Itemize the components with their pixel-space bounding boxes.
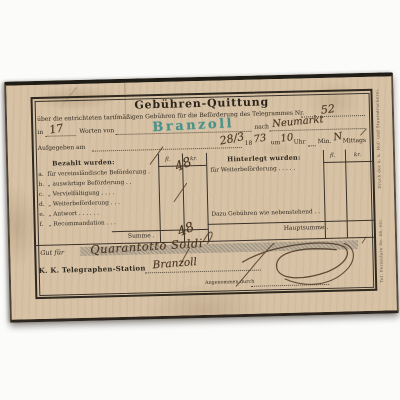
um-label: um — [271, 139, 281, 146]
deposit-col-kr: kr. — [354, 152, 361, 158]
paid-row-label: für vereinsländische Beförderung . — [47, 169, 150, 178]
paid-table-header: Bezahlt wurden: — [52, 158, 115, 168]
row-letter: d. — [39, 202, 45, 208]
hauptsumme-label: Hauptsumme . — [284, 224, 329, 232]
date-handwritten: 28/3 — [219, 130, 246, 148]
year-handwritten: 73 — [253, 133, 267, 146]
angenommen-blank — [251, 284, 329, 287]
deposit-row1: für Weiterbeförderung . . . . . — [210, 166, 295, 174]
hour-handwritten: 10 — [280, 132, 294, 144]
angenommen-label: Angenommen durch — [205, 280, 254, 286]
station-name-handwritten: Branzoll — [152, 256, 197, 271]
min-label: Min. — [318, 138, 332, 145]
minutes-blank — [308, 145, 316, 146]
table-line — [323, 161, 372, 163]
table-line — [345, 149, 348, 237]
paid-row-label: „ auswärtige Beförderung . . — [48, 180, 132, 188]
paid-row-label: „ Antwort . . . . . . — [48, 211, 99, 218]
receipt-paper: Druck der k. k. Hof- und Staatsdruckerei… — [4, 72, 399, 322]
photo-backdrop: Druck der k. k. Hof- und Staatsdruckerei… — [0, 0, 400, 400]
paid-row-label: „ Weiterbeförderung . . . — [48, 200, 120, 208]
word-count-handwritten: 17 — [48, 121, 64, 136]
printer-imprint-top: Druck der k. k. Hof- und Staatsdruckerei… — [374, 85, 382, 189]
table-divider — [206, 153, 209, 241]
date-blank — [92, 147, 242, 152]
printed-border: Gebühren-Quittung über die entrichteten … — [30, 89, 377, 299]
mittags-label: Mittags — [343, 137, 367, 145]
row-letter: e. — [39, 212, 44, 218]
gut-fuer-label: Gut für — [40, 248, 64, 257]
year-prefix: 18 — [245, 140, 253, 147]
in-label: in — [37, 129, 43, 136]
row-letter: b. — [39, 182, 45, 188]
row-letter: f. — [40, 222, 44, 228]
row-letter: c. — [39, 192, 44, 198]
uhr-label: Uhr — [294, 138, 306, 145]
row-letter: a. — [38, 172, 43, 178]
deposit-col-fl: fl. — [330, 153, 336, 159]
table-line — [158, 154, 161, 242]
paid-col-fl: fl. — [165, 157, 171, 163]
paid-row-label: „ Recommandation . . . — [49, 220, 116, 228]
deposit-row2: Dazu Gebühren wie nebenstehend . . — [211, 209, 320, 218]
aufgegeben-label: Aufgegeben am — [38, 144, 86, 152]
paid-row-label: „ Vervielfältigung . . . . — [48, 190, 115, 198]
worten-von-label: Worten von — [79, 127, 114, 135]
station-label: K. K. Telegraphen-Station — [39, 263, 146, 275]
printer-imprint-bottom: Tel. Formulare Nr. 46, etc. — [377, 197, 384, 283]
nach-label: nach — [254, 123, 269, 130]
deposit-table-header: Hinterlegt wurden: — [227, 154, 301, 164]
